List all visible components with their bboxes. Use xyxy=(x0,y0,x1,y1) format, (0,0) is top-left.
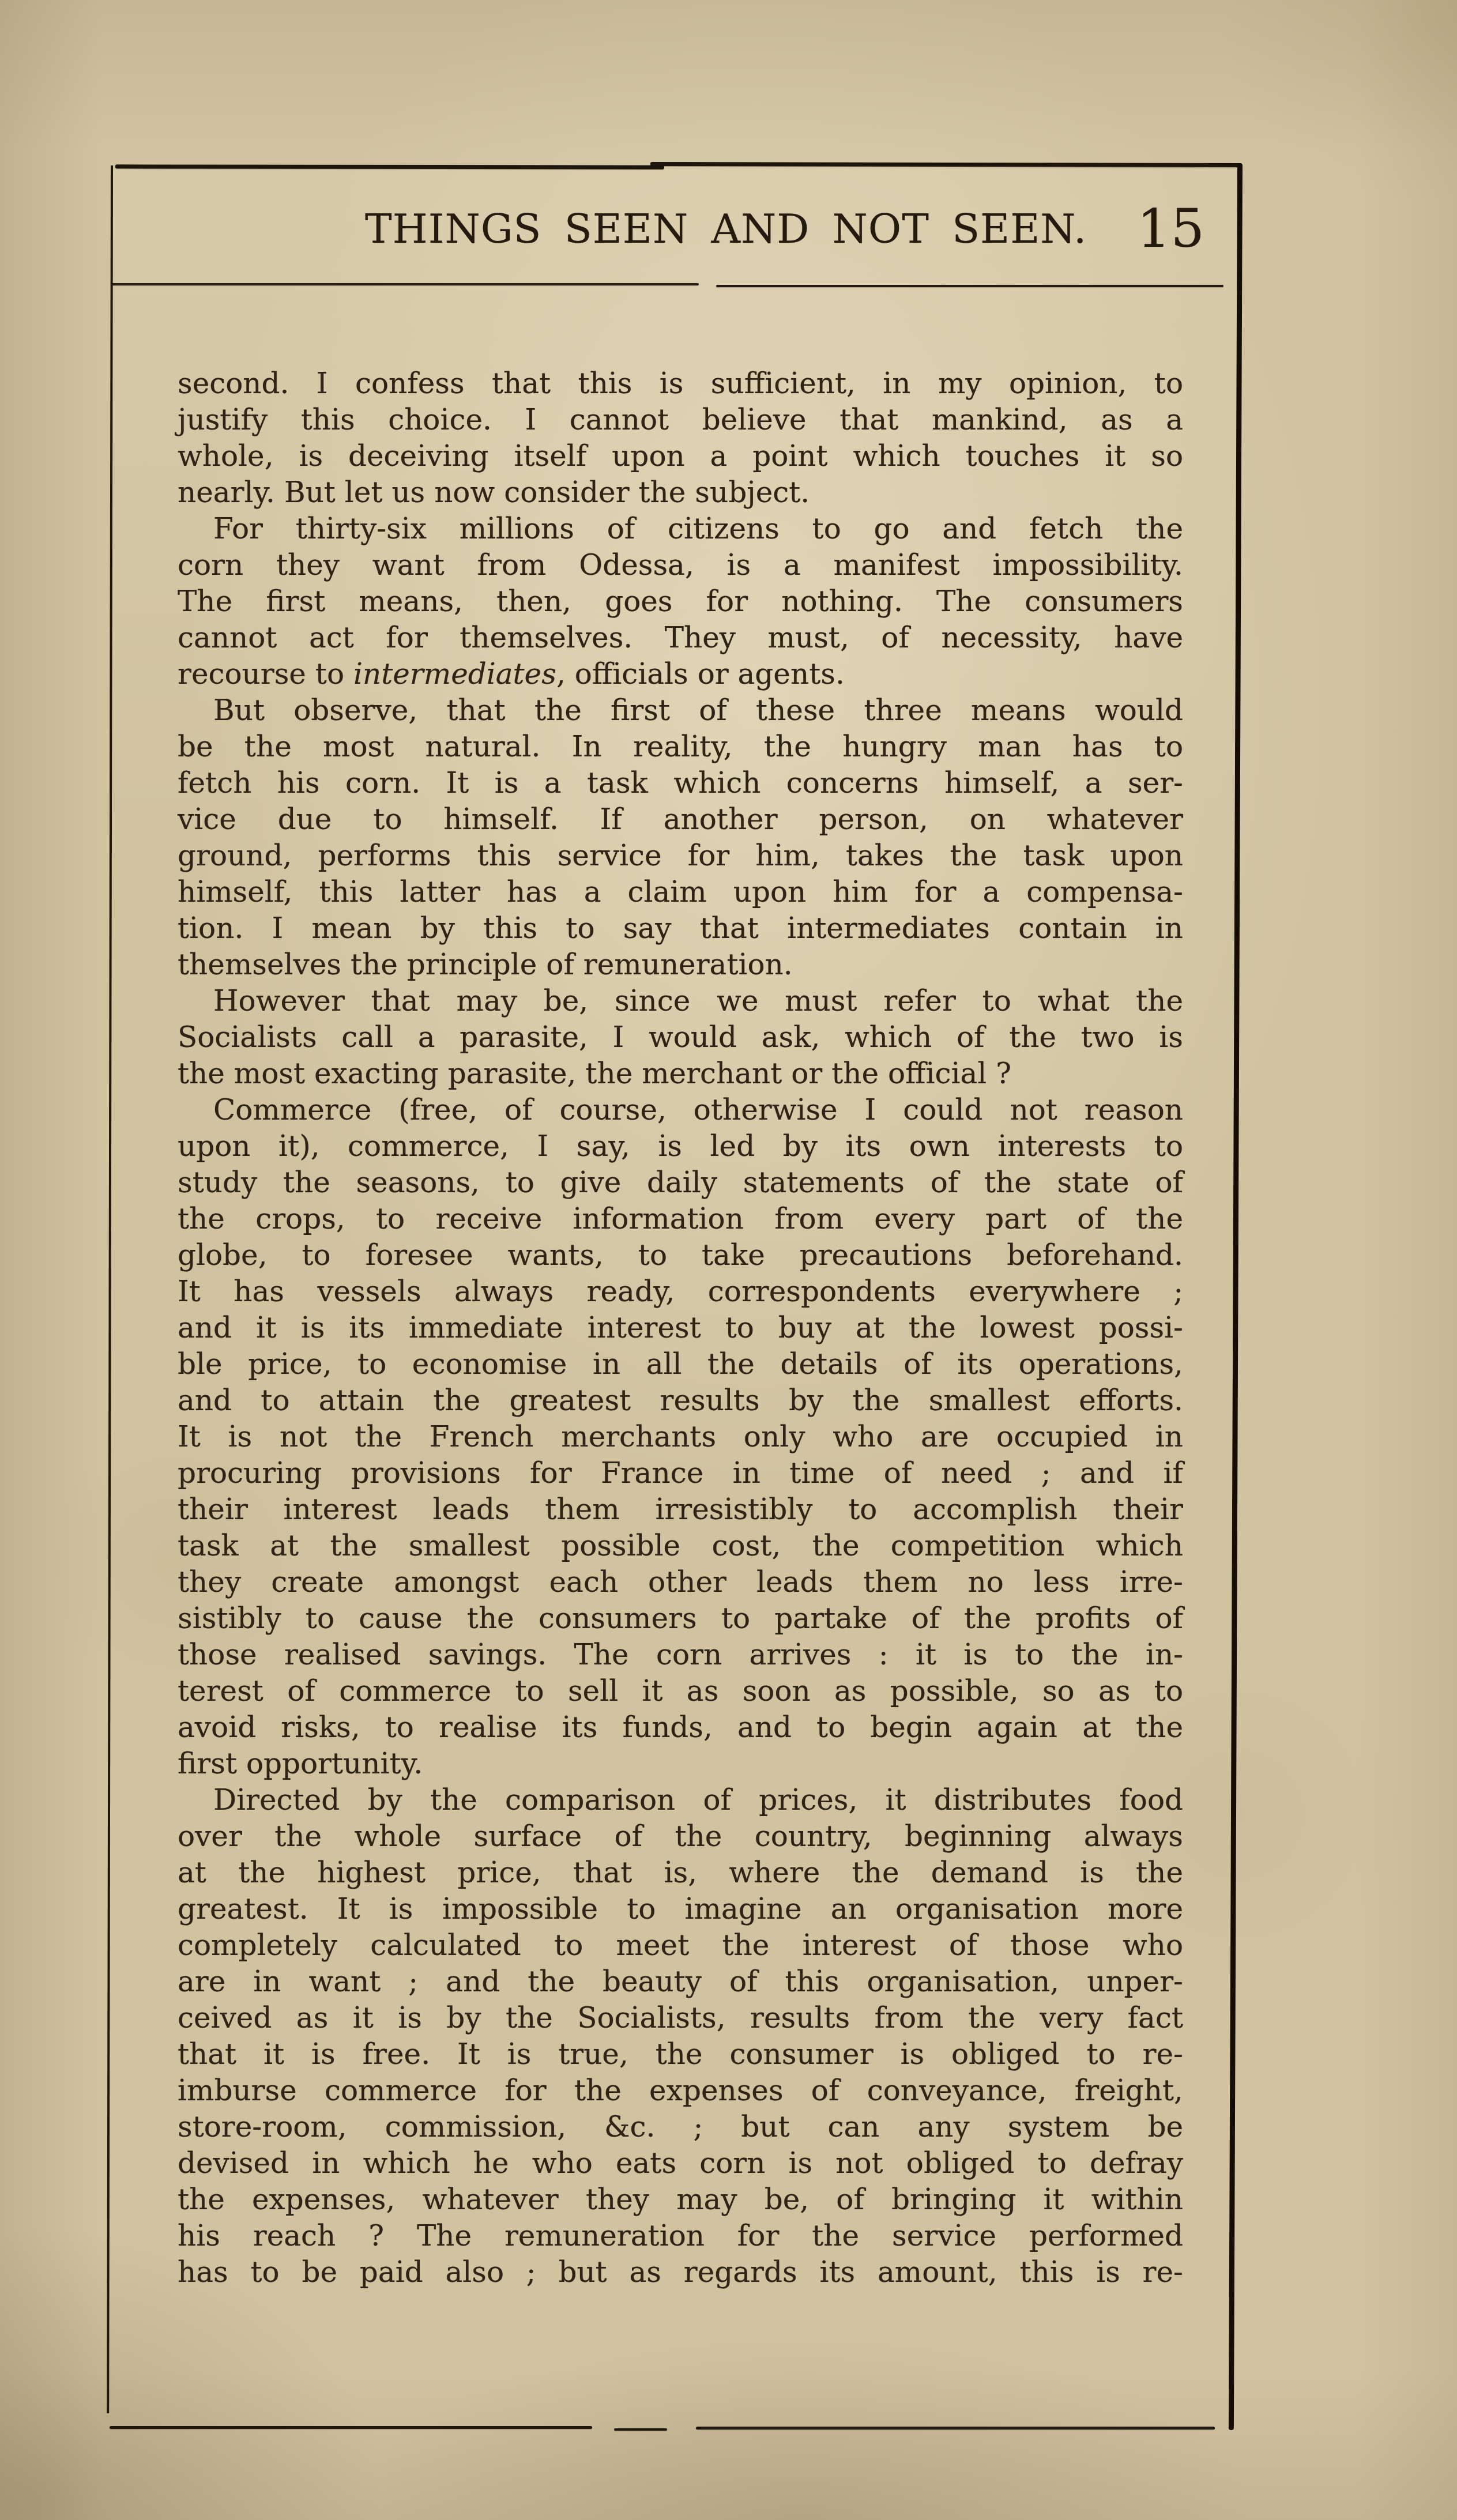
text-line: himself, this latter has a claim upon hi… xyxy=(178,874,1183,910)
text-line: procuring provisions for France in time … xyxy=(178,1455,1183,1491)
text-line: ble price, to economise in all the detai… xyxy=(178,1346,1183,1383)
page-number: 15 xyxy=(1137,202,1204,255)
text-line: and it is its immediate interest to buy … xyxy=(178,1310,1183,1346)
text-line: those realised savings. The corn arrives… xyxy=(178,1637,1183,1673)
text-line: imburse commerce for the expenses of con… xyxy=(178,2073,1183,2109)
bottom-rule xyxy=(614,2428,667,2431)
text-line: whole, is deceiving itself upon a point … xyxy=(178,438,1183,474)
header-divider-rule xyxy=(111,283,699,285)
text-line: the expenses, whatever they may be, of b… xyxy=(178,2182,1183,2218)
scanned-book-page: THINGS SEEN AND NOT SEEN. 15 second. I c… xyxy=(0,0,1457,2520)
text-line: are in want ; and the beauty of this org… xyxy=(178,1964,1183,2000)
text-line: store-room, commission, &c. ; but can an… xyxy=(178,2109,1183,2145)
text-line: be the most natural. In reality, the hun… xyxy=(178,729,1183,765)
text-line: fetch his corn. It is a task which conce… xyxy=(178,765,1183,801)
text-line: ceived as it is by the Socialists, resul… xyxy=(178,2000,1183,2036)
bottom-rule xyxy=(696,2427,1215,2429)
text-line: has to be paid also ; but as regards its… xyxy=(178,2254,1183,2291)
text-line: devised in which he who eats corn is not… xyxy=(178,2145,1183,2182)
text-line: ground, performs this service for him, t… xyxy=(178,838,1183,874)
text-line: Commerce (free, of course, otherwise I c… xyxy=(178,1092,1183,1128)
italic-word: intermediates xyxy=(353,657,556,691)
text-line: It has vessels always ready, corresponde… xyxy=(178,1274,1183,1310)
top-rule xyxy=(115,164,664,169)
text-line: vice due to himself. If another person, … xyxy=(178,801,1183,838)
text-line: second. I confess that this is sufficien… xyxy=(178,366,1183,402)
text-line: that it is free. It is true, the consume… xyxy=(178,2036,1183,2073)
text-line: But observe, that the first of these thr… xyxy=(178,692,1183,729)
text-line: For thirty-six millions of citizens to g… xyxy=(178,511,1183,547)
text-line: corn they want from Odessa, is a manifes… xyxy=(178,547,1183,583)
text-line: they create amongst each other leads the… xyxy=(178,1564,1183,1600)
text-line: Socialists call a parasite, I would ask,… xyxy=(178,1019,1183,1056)
text-line: recourse to intermediates, officials or … xyxy=(178,656,1183,692)
text-block: second. I confess that this is sufficien… xyxy=(178,366,1183,2291)
text-line: the most exacting parasite, the merchant… xyxy=(178,1056,1183,1092)
text-line: However that may be, since we must refer… xyxy=(178,983,1183,1019)
text-line: greatest. It is impossible to imagine an… xyxy=(178,1891,1183,1927)
text-line: It is not the French merchants only who … xyxy=(178,1419,1183,1455)
text-line: Directed by the comparison of prices, it… xyxy=(178,1782,1183,1818)
top-rule xyxy=(650,162,1241,167)
text-line: themselves the principle of remuneration… xyxy=(178,947,1183,983)
text-line: tion. I mean by this to say that interme… xyxy=(178,910,1183,947)
text-line: his reach ? The remuneration for the ser… xyxy=(178,2218,1183,2254)
text-line: sistibly to cause the consumers to parta… xyxy=(178,1600,1183,1637)
text-line: avoid risks, to realise its funds, and t… xyxy=(178,1709,1183,1746)
bottom-rule xyxy=(110,2426,592,2429)
text-line: first opportunity. xyxy=(178,1746,1183,1782)
text-line: task at the smallest possible cost, the … xyxy=(178,1528,1183,1564)
text-line: the crops, to receive information from e… xyxy=(178,1201,1183,1237)
text-line: terest of commerce to sell it as soon as… xyxy=(178,1673,1183,1709)
text-line: nearly. But let us now consider the subj… xyxy=(178,474,1183,511)
text-line: their interest leads them irresistibly t… xyxy=(178,1491,1183,1528)
text-line: globe, to foresee wants, to take precaut… xyxy=(178,1237,1183,1274)
text-line: at the highest price, that is, where the… xyxy=(178,1855,1183,1891)
header-divider-rule xyxy=(716,285,1223,287)
running-head-title: THINGS SEEN AND NOT SEEN. xyxy=(365,209,1087,249)
text-line: study the seasons, to give daily stateme… xyxy=(178,1165,1183,1201)
text-line: completely calculated to meet the intere… xyxy=(178,1927,1183,1964)
left-border-rule xyxy=(107,165,113,2413)
text-line: The first means, then, goes for nothing.… xyxy=(178,583,1183,620)
text-line: over the whole surface of the country, b… xyxy=(178,1818,1183,1855)
text-line: upon it), commerce, I say, is led by its… xyxy=(178,1128,1183,1165)
text-line: justify this choice. I cannot believe th… xyxy=(178,402,1183,438)
text-line: cannot act for themselves. They must, of… xyxy=(178,620,1183,656)
text-line: and to attain the greatest results by th… xyxy=(178,1383,1183,1419)
